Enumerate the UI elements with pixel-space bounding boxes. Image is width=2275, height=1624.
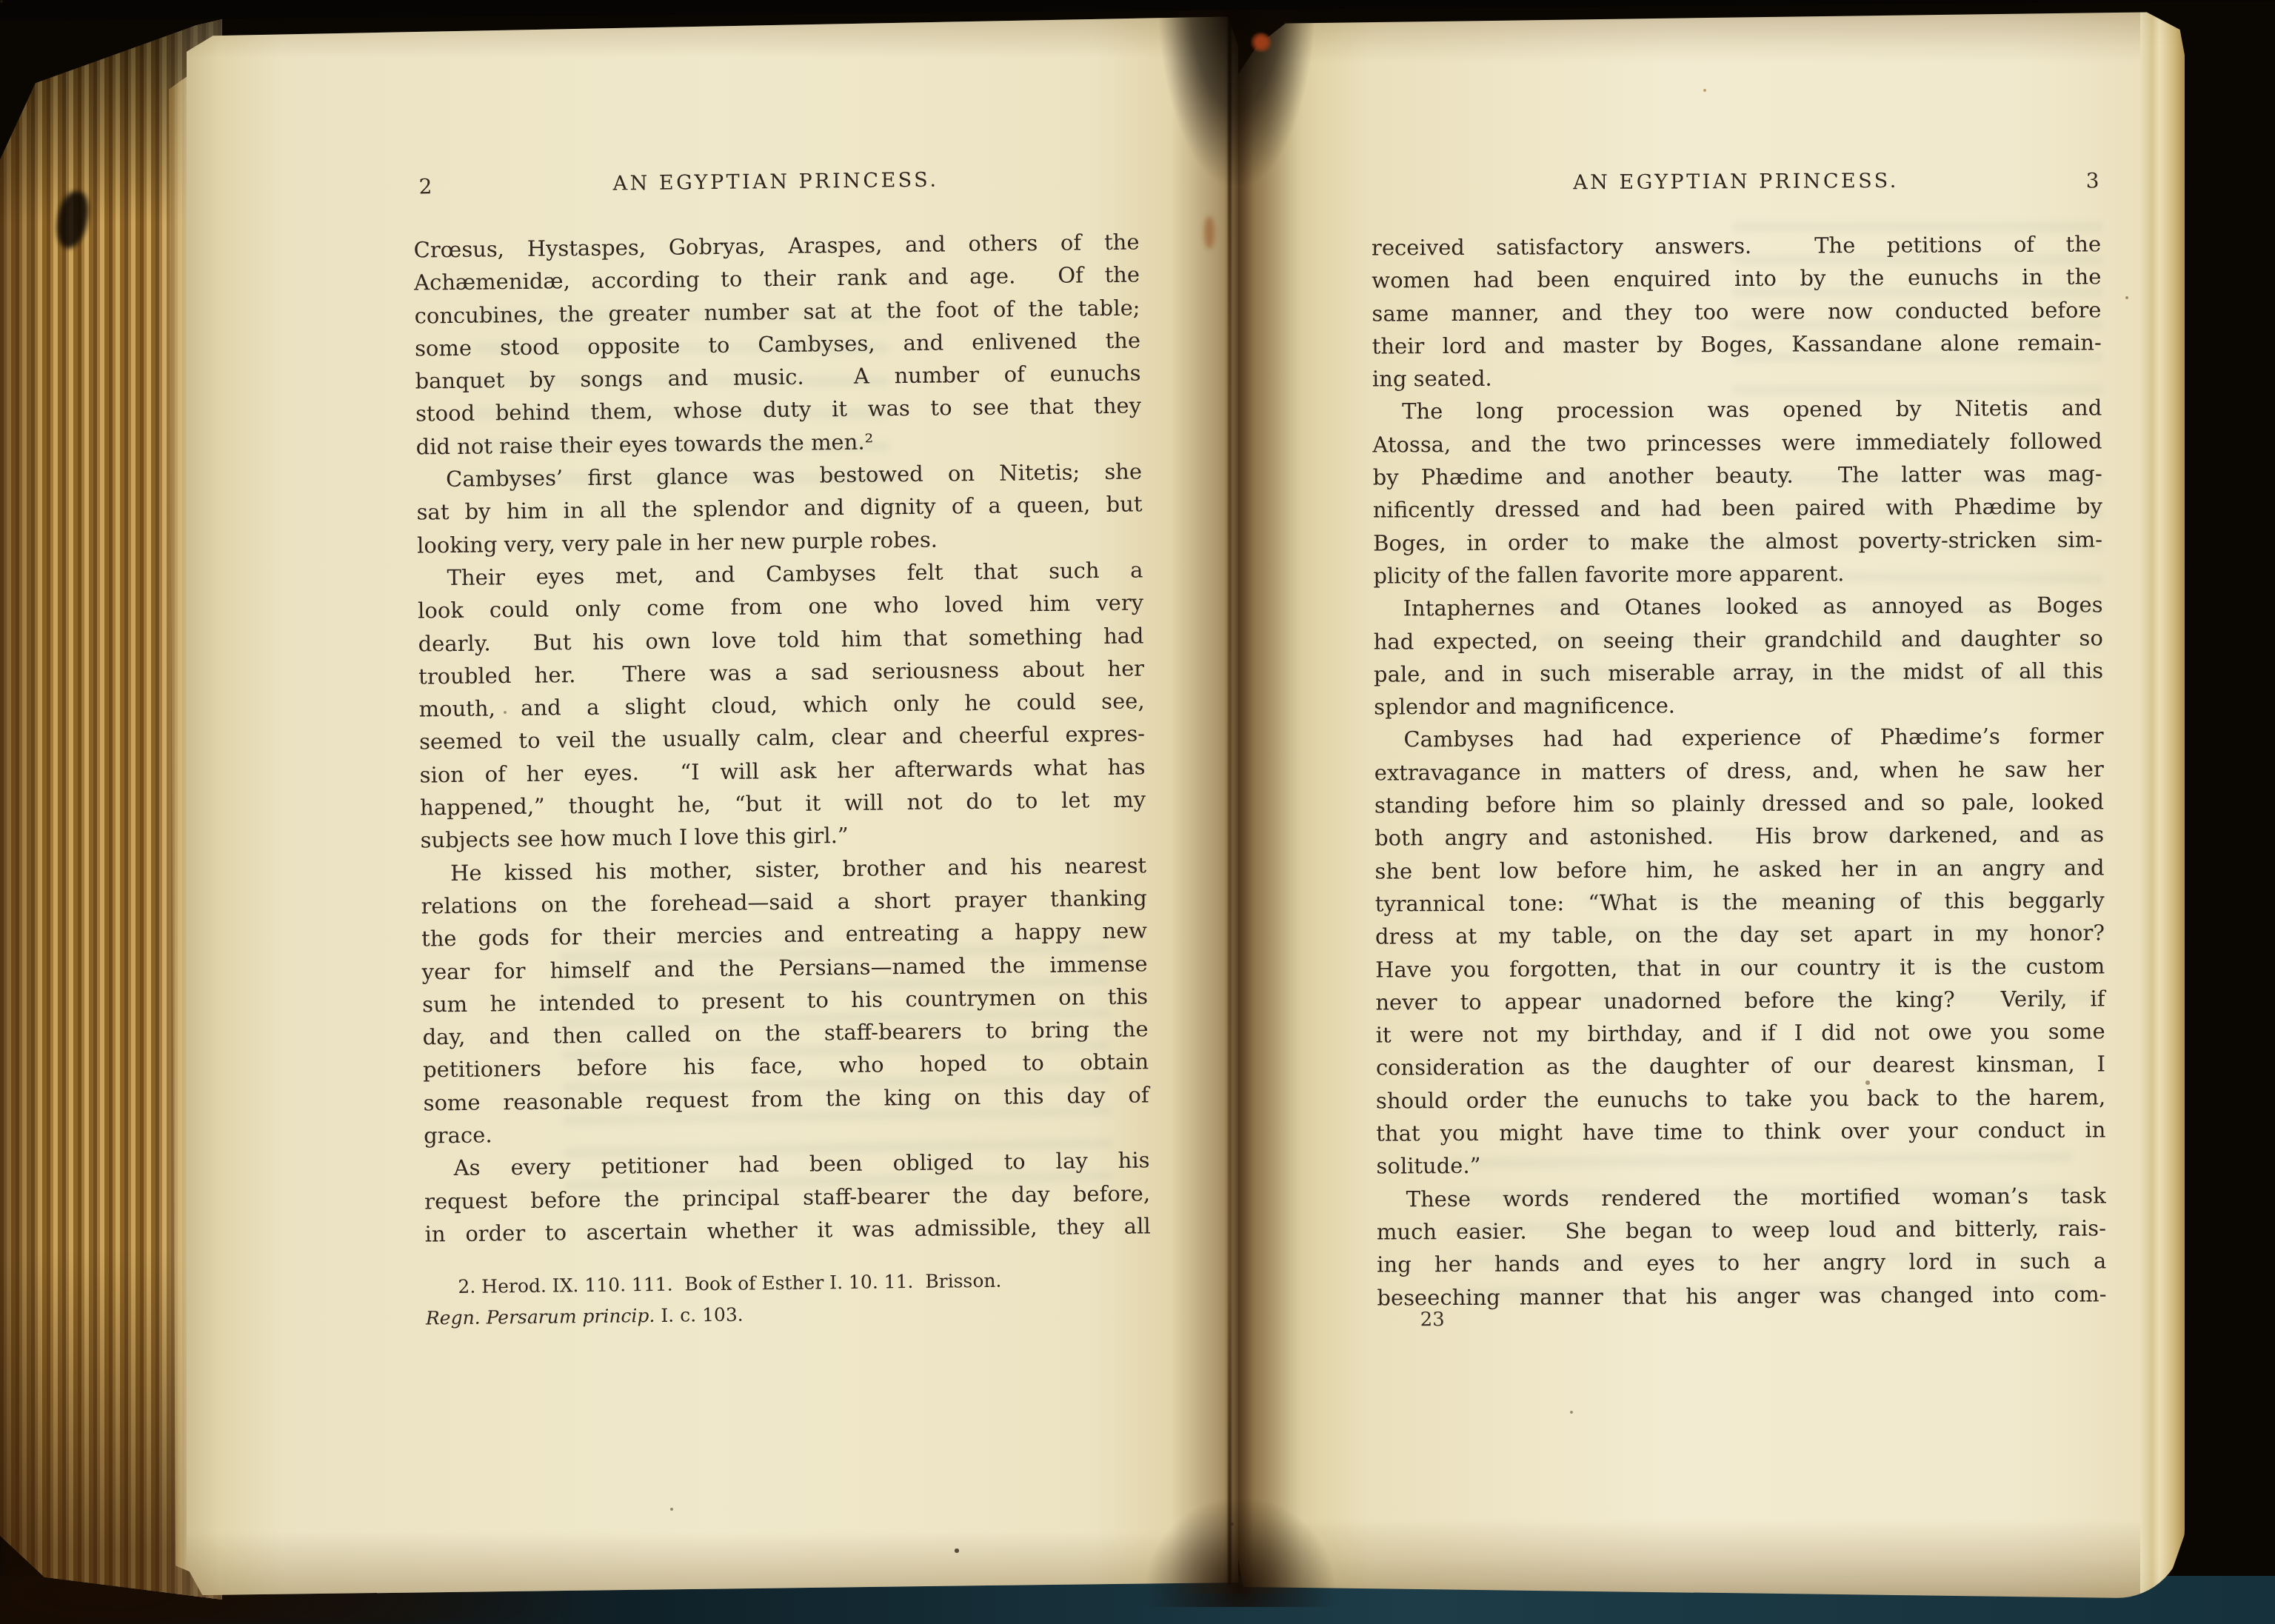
gutter-crease <box>1228 15 1232 1585</box>
text-line: by Phædime and another beauty. The latte… <box>1373 458 2102 494</box>
paragraph: He kissed his mother, sister, brother an… <box>421 849 1149 1152</box>
text-line: women had been enquired into by the eunu… <box>1372 261 2101 297</box>
text-line: their lord and master by Boges, Kassanda… <box>1372 326 2102 362</box>
footnote-text: 2. Herod. IX. 110. 111. Book of Esther I… <box>458 1270 1001 1297</box>
paragraph: received satisfactory answers. The petit… <box>1372 227 2102 395</box>
text-line: Atossa, and the two princesses were imme… <box>1372 424 2102 461</box>
text-line: standing before him so plainly dressed a… <box>1374 785 2104 821</box>
gutter-bottom-shadow <box>1144 1496 1337 1607</box>
text-line: splendor and magnificence. <box>1374 687 2103 724</box>
open-book-scan: 2 AN EGYPTIAN PRINCESS. Crœsus, Hystaspe… <box>0 0 2275 1624</box>
text-line: she bent low before him, he asked her in… <box>1374 851 2104 887</box>
text-line: plicity of the fallen favorite more appa… <box>1373 555 2102 592</box>
text-line: consideration as the daughter of our dea… <box>1376 1048 2105 1084</box>
paragraph: Their eyes met, and Cambyses felt that s… <box>417 553 1146 857</box>
paragraph: As every petitioner had been obliged to … <box>424 1144 1150 1251</box>
footnote-text: I. c. 103. <box>655 1304 744 1326</box>
text-line: beseeching manner that his anger was cha… <box>1377 1277 2106 1314</box>
book-gutter-shadow <box>1172 9 1302 1594</box>
left-page-text: 2 AN EGYPTIAN PRINCESS. Crœsus, Hystaspe… <box>411 0 1155 1624</box>
text-line: Have you forgotten, that in our country … <box>1375 949 2105 986</box>
paragraph: These words rendered the mortified woman… <box>1377 1179 2107 1314</box>
text-line: had expected, on seeing their grandchild… <box>1374 621 2103 658</box>
text-line: never to appear unadorned before the kin… <box>1375 982 2105 1018</box>
text-line: Boges, in order to make the almost pover… <box>1373 523 2102 559</box>
text-line: much easier. She began to weep loud and … <box>1377 1212 2106 1248</box>
right-page-number: 3 <box>2086 168 2099 193</box>
right-running-title: AN EGYPTIAN PRINCESS. <box>1371 168 2100 195</box>
text-line: ing her hands and eyes to her angry lord… <box>1377 1245 2106 1281</box>
paragraph: The long procession was opened by Niteti… <box>1372 392 2102 592</box>
text-line: that you might have time to think over y… <box>1376 1113 2105 1149</box>
text-line: nificently dressed and had been paired w… <box>1373 490 2102 527</box>
paragraph: Cambyses had had experience of Phædime’s… <box>1374 720 2105 1183</box>
right-page-text: AN EGYPTIAN PRINCESS. 3 received satisfa… <box>1370 0 2108 1624</box>
paragraph: Cambyses’ first glance was bestowed on N… <box>416 455 1143 562</box>
text-line: both angry and astonished. His brow dark… <box>1374 818 2104 855</box>
text-line: solitude.” <box>1376 1146 2105 1183</box>
left-page-number: 2 <box>418 174 432 198</box>
text-line: it were not my birthday, and if I did no… <box>1375 1015 2105 1052</box>
red-stain <box>1250 33 1272 52</box>
paragraph: Crœsus, Hystaspes, Gobryas, Araspes, and… <box>413 225 1141 463</box>
left-page-body: Crœsus, Hystaspes, Gobryas, Araspes, and… <box>413 225 1151 1250</box>
text-line: tyrannical tone: “What is the meaning of… <box>1375 883 2105 920</box>
rust-mark <box>1204 216 1215 249</box>
text-line: These words rendered the mortified woman… <box>1377 1179 2106 1215</box>
text-line: received satisfactory answers. The petit… <box>1372 227 2101 264</box>
gutter-top-shadow <box>1159 0 1314 185</box>
text-line: Intaphernes and Otanes looked as annoyed… <box>1373 589 2102 625</box>
text-line: dress at my table, on the day set apart … <box>1375 917 2105 953</box>
footnote: 2. Herod. IX. 110. 111. Book of Esther I… <box>425 1263 1152 1334</box>
paper-speckles <box>0 0 3 3</box>
right-page-body: received satisfactory answers. The petit… <box>1372 227 2107 1314</box>
text-line: should order the eunuchs to take you bac… <box>1376 1080 2105 1117</box>
right-page-header: AN EGYPTIAN PRINCESS. 3 <box>1371 168 2100 204</box>
signature-mark: 23 <box>1420 1309 1445 1331</box>
text-line: extravagance in matters of dress, and, w… <box>1374 752 2104 789</box>
left-page-header: 2 AN EGYPTIAN PRINCESS. <box>412 166 1138 207</box>
text-line: same manner, and they too were now condu… <box>1372 293 2101 330</box>
text-line: pale, and in such miserable array, in th… <box>1374 654 2103 690</box>
paragraph: Intaphernes and Otanes looked as annoyed… <box>1373 589 2103 724</box>
text-line: ing seated. <box>1372 359 2102 395</box>
footnote-italic-text: Regn. Persarum princip. <box>426 1305 655 1329</box>
text-line: The long procession was opened by Niteti… <box>1372 392 2102 428</box>
text-line: Cambyses had had experience of Phædime’s… <box>1374 720 2103 756</box>
left-running-title: AN EGYPTIAN PRINCESS. <box>412 166 1138 197</box>
